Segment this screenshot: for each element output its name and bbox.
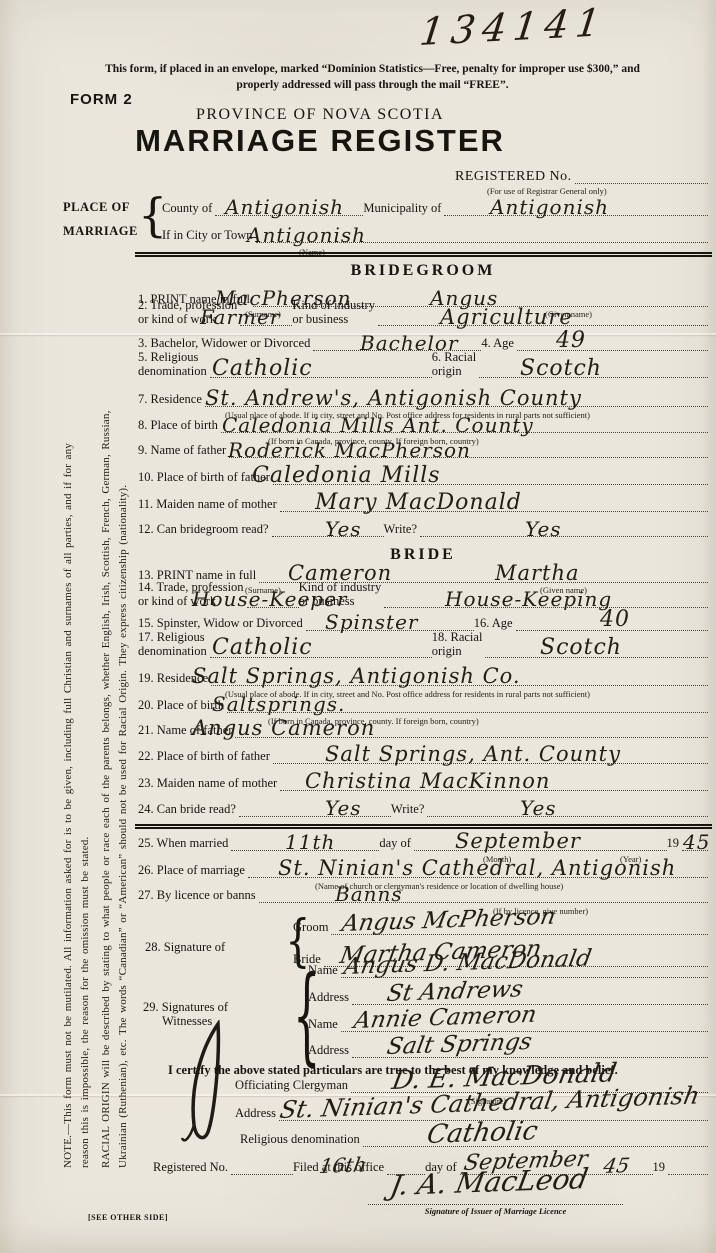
bride-father-birthplace-label: 22. Place of birth of father xyxy=(138,750,273,764)
groom-father-birthplace-value: Caledonia Mills xyxy=(252,465,441,487)
married-month-value: September xyxy=(455,831,581,852)
marriage-register-document: NOTE.—This form must not be mutilated. A… xyxy=(0,0,716,1253)
municipality-label: Municipality of xyxy=(363,202,444,216)
margin-notes: NOTE.—This form must not be mutilated. A… xyxy=(60,336,134,1168)
bride-read-value: Yes xyxy=(325,798,362,818)
bride-religion-value: Catholic xyxy=(212,637,313,659)
issuer-caption: Signature of Issuer of Marriage Licence xyxy=(368,1206,623,1216)
groom-racial-label-line2: origin xyxy=(432,364,476,378)
licence-banns-line xyxy=(259,886,708,903)
groom-residence-value: St. Andrew's, Antigonish County xyxy=(205,388,582,409)
licence-banns-row: 27. By licence or banns xyxy=(138,887,708,903)
place-of-label-line2: MARRIAGE xyxy=(63,224,138,239)
margin-note-line1: NOTE.—This form must not be mutilated. A… xyxy=(62,443,74,1168)
bride-write-value: Yes xyxy=(520,798,557,818)
groom-father-value: Roderick MacPherson xyxy=(228,440,471,460)
nineteen-label: 19 xyxy=(667,837,683,851)
groom-trade-value: Farmer xyxy=(200,307,280,327)
clergyman-denomination-value: Catholic xyxy=(425,1118,540,1148)
groom-racial-label-line1: 6. Racial xyxy=(432,350,476,364)
groom-write-value: Yes xyxy=(525,519,562,539)
bride-read-label: 24. Can bride read? xyxy=(138,803,239,817)
groom-religion-label-line2: denomination xyxy=(138,364,207,378)
city-town-value: Antigonish xyxy=(247,225,366,245)
groom-write-label: Write? xyxy=(384,523,421,537)
groom-birthplace-label: 8. Place of birth xyxy=(138,419,221,433)
married-day-value: 11th xyxy=(285,832,335,852)
city-town-label: If in City or Town xyxy=(162,229,256,243)
bride-racial-label: 18. Racialorigin xyxy=(432,630,486,658)
groom-mother-label: 11. Maiden name of mother xyxy=(138,498,280,512)
footer-nineteen-label: 19 xyxy=(653,1161,669,1175)
page-title: MARRIAGE REGISTER xyxy=(0,123,640,159)
mail-notice-line2: properly addressed will pass through the… xyxy=(90,77,655,93)
day-of-label: day of xyxy=(379,837,414,851)
margin-racial-line2: Ukrainian (Ruthenian), etc. The words “C… xyxy=(117,485,129,1168)
industry-label-line2: or business xyxy=(292,312,375,326)
filed-day-value: 16th xyxy=(318,1154,368,1176)
county-value: Antigonish xyxy=(225,197,344,217)
bride-header: BRIDE xyxy=(138,546,708,564)
section-rule xyxy=(135,252,712,257)
filed-year-line xyxy=(668,1158,708,1175)
bride-father-value: Angus Cameron xyxy=(192,718,375,739)
issuer-signature-value: J. A. MacLeod xyxy=(388,1165,590,1200)
clergyman-address-label: Address xyxy=(235,1107,279,1121)
groom-racial-value: Scotch xyxy=(520,358,602,380)
groom-religion-label-line1: 5. Religious xyxy=(138,350,207,364)
municipality-value: Antigonish xyxy=(490,197,609,217)
when-married-label: 25. When married xyxy=(138,837,231,851)
clergyman-denomination-label: Religious denomination xyxy=(240,1133,363,1147)
registered-no-line xyxy=(575,167,708,184)
place-of-marriage-label: 26. Place of marriage xyxy=(138,864,248,878)
bridegroom-header: BRIDEGROOM xyxy=(138,262,708,280)
margin-racial-paragraph: RACIAL ORIGIN will be described by stati… xyxy=(98,336,131,1168)
bride-father-birthplace-value: Salt Springs, Ant. County xyxy=(325,744,621,765)
bride-mother-label: 23. Maiden name of mother xyxy=(138,777,280,791)
bride-write-label: Write? xyxy=(391,803,428,817)
groom-father-label: 9. Name of father xyxy=(138,444,229,458)
margin-note-paragraph: NOTE.—This form must not be mutilated. A… xyxy=(60,336,93,1168)
section-rule xyxy=(135,824,712,829)
bride-racial-label-line2: origin xyxy=(432,644,483,658)
place-of-label-line1: PLACE OF xyxy=(63,200,130,215)
bride-residence-value: Salt Springs, Antigonish Co. xyxy=(192,666,521,687)
bride-religion-label: 17. Religiousdenomination xyxy=(138,630,210,658)
margin-note-line2: reason this is impossible, the reason fo… xyxy=(79,837,91,1168)
bride-birthplace-value: Saltsprings. xyxy=(212,694,345,714)
province-title: PROVINCE OF NOVA SCOTIA xyxy=(0,106,640,124)
footer-registered-line xyxy=(231,1158,293,1175)
licence-banns-label: 27. By licence or banns xyxy=(138,889,259,903)
see-other-side-note: [SEE OTHER SIDE] xyxy=(88,1213,168,1222)
registered-no-row: REGISTERED No. xyxy=(455,168,708,184)
groom-read-row: 12. Can bridegroom read? Write? xyxy=(138,521,708,537)
groom-religion-label: 5. Religiousdenomination xyxy=(138,350,210,378)
bride-read-row: 24. Can bride read? Write? xyxy=(138,801,708,817)
witness2-name-label: Name xyxy=(308,1018,341,1032)
groom-birthplace-value: Caledonia Mills Ant. County xyxy=(222,415,534,435)
place-of-marriage-value: St. Ninian's Cathedral, Antigonish xyxy=(278,858,676,879)
industry-label-line1: Kind of industry xyxy=(292,298,375,312)
groom-racial-label: 6. Racialorigin xyxy=(432,350,479,378)
groom-read-label: 12. Can bridegroom read? xyxy=(138,523,272,537)
bride-write-line xyxy=(427,800,708,817)
witness1-address-value: St Andrews xyxy=(385,978,525,1006)
footer-registered-label: Registered No. xyxy=(153,1161,231,1175)
bride-trade-value: House-Keeper xyxy=(192,589,348,609)
ink-flourish xyxy=(180,1020,240,1150)
married-year-value: 45 xyxy=(683,832,710,852)
groom-read-value: Yes xyxy=(325,519,362,539)
witness1-address-label: Address xyxy=(308,991,352,1005)
bride-industry-value: House-Keeping xyxy=(445,589,612,609)
bride-racial-label-line1: 18. Racial xyxy=(432,630,483,644)
registered-no-label: REGISTERED No. xyxy=(455,169,575,184)
witness1-name-label: Name xyxy=(308,964,341,978)
bride-religion-label-line2: denomination xyxy=(138,644,207,658)
groom-residence-label: 7. Residence xyxy=(138,393,205,407)
county-label: County of xyxy=(162,202,215,216)
groom-write-line xyxy=(420,520,708,537)
groom-industry-value: Agriculture xyxy=(440,307,573,328)
groom-signature-label: Groom xyxy=(293,921,331,935)
licence-banns-value: Banns xyxy=(335,884,403,904)
bride-racial-value: Scotch xyxy=(540,637,622,659)
bride-read-line xyxy=(239,800,391,817)
bride-religion-label-line1: 17. Religious xyxy=(138,630,207,644)
city-town-row: If in City or Town xyxy=(162,227,708,243)
serial-number: 134141 xyxy=(418,3,610,51)
groom-mother-value: Mary MacDonald xyxy=(315,492,522,514)
witness2-address-value: Salt Springs xyxy=(385,1031,534,1059)
mail-notice: This form, if placed in an envelope, mar… xyxy=(90,61,655,93)
margin-racial-line1: RACIAL ORIGIN will be described by stati… xyxy=(100,410,112,1168)
bride-mother-value: Christina MacKinnon xyxy=(305,771,550,792)
industry-label: Kind of industryor business xyxy=(292,298,378,326)
witness2-address-label: Address xyxy=(308,1044,352,1058)
clergyman-label: Officiating Clergyman xyxy=(235,1079,351,1093)
groom-religion-value: Catholic xyxy=(212,358,313,380)
mail-notice-line1: This form, if placed in an envelope, mar… xyxy=(90,61,655,77)
when-married-row: 25. When married day of 19 xyxy=(138,835,708,851)
filed-year-value: 45 xyxy=(602,1155,631,1176)
witnesses-label-line1: 29. Signatures of xyxy=(143,1000,228,1015)
signature-of-label: 28. Signature of xyxy=(145,940,225,955)
